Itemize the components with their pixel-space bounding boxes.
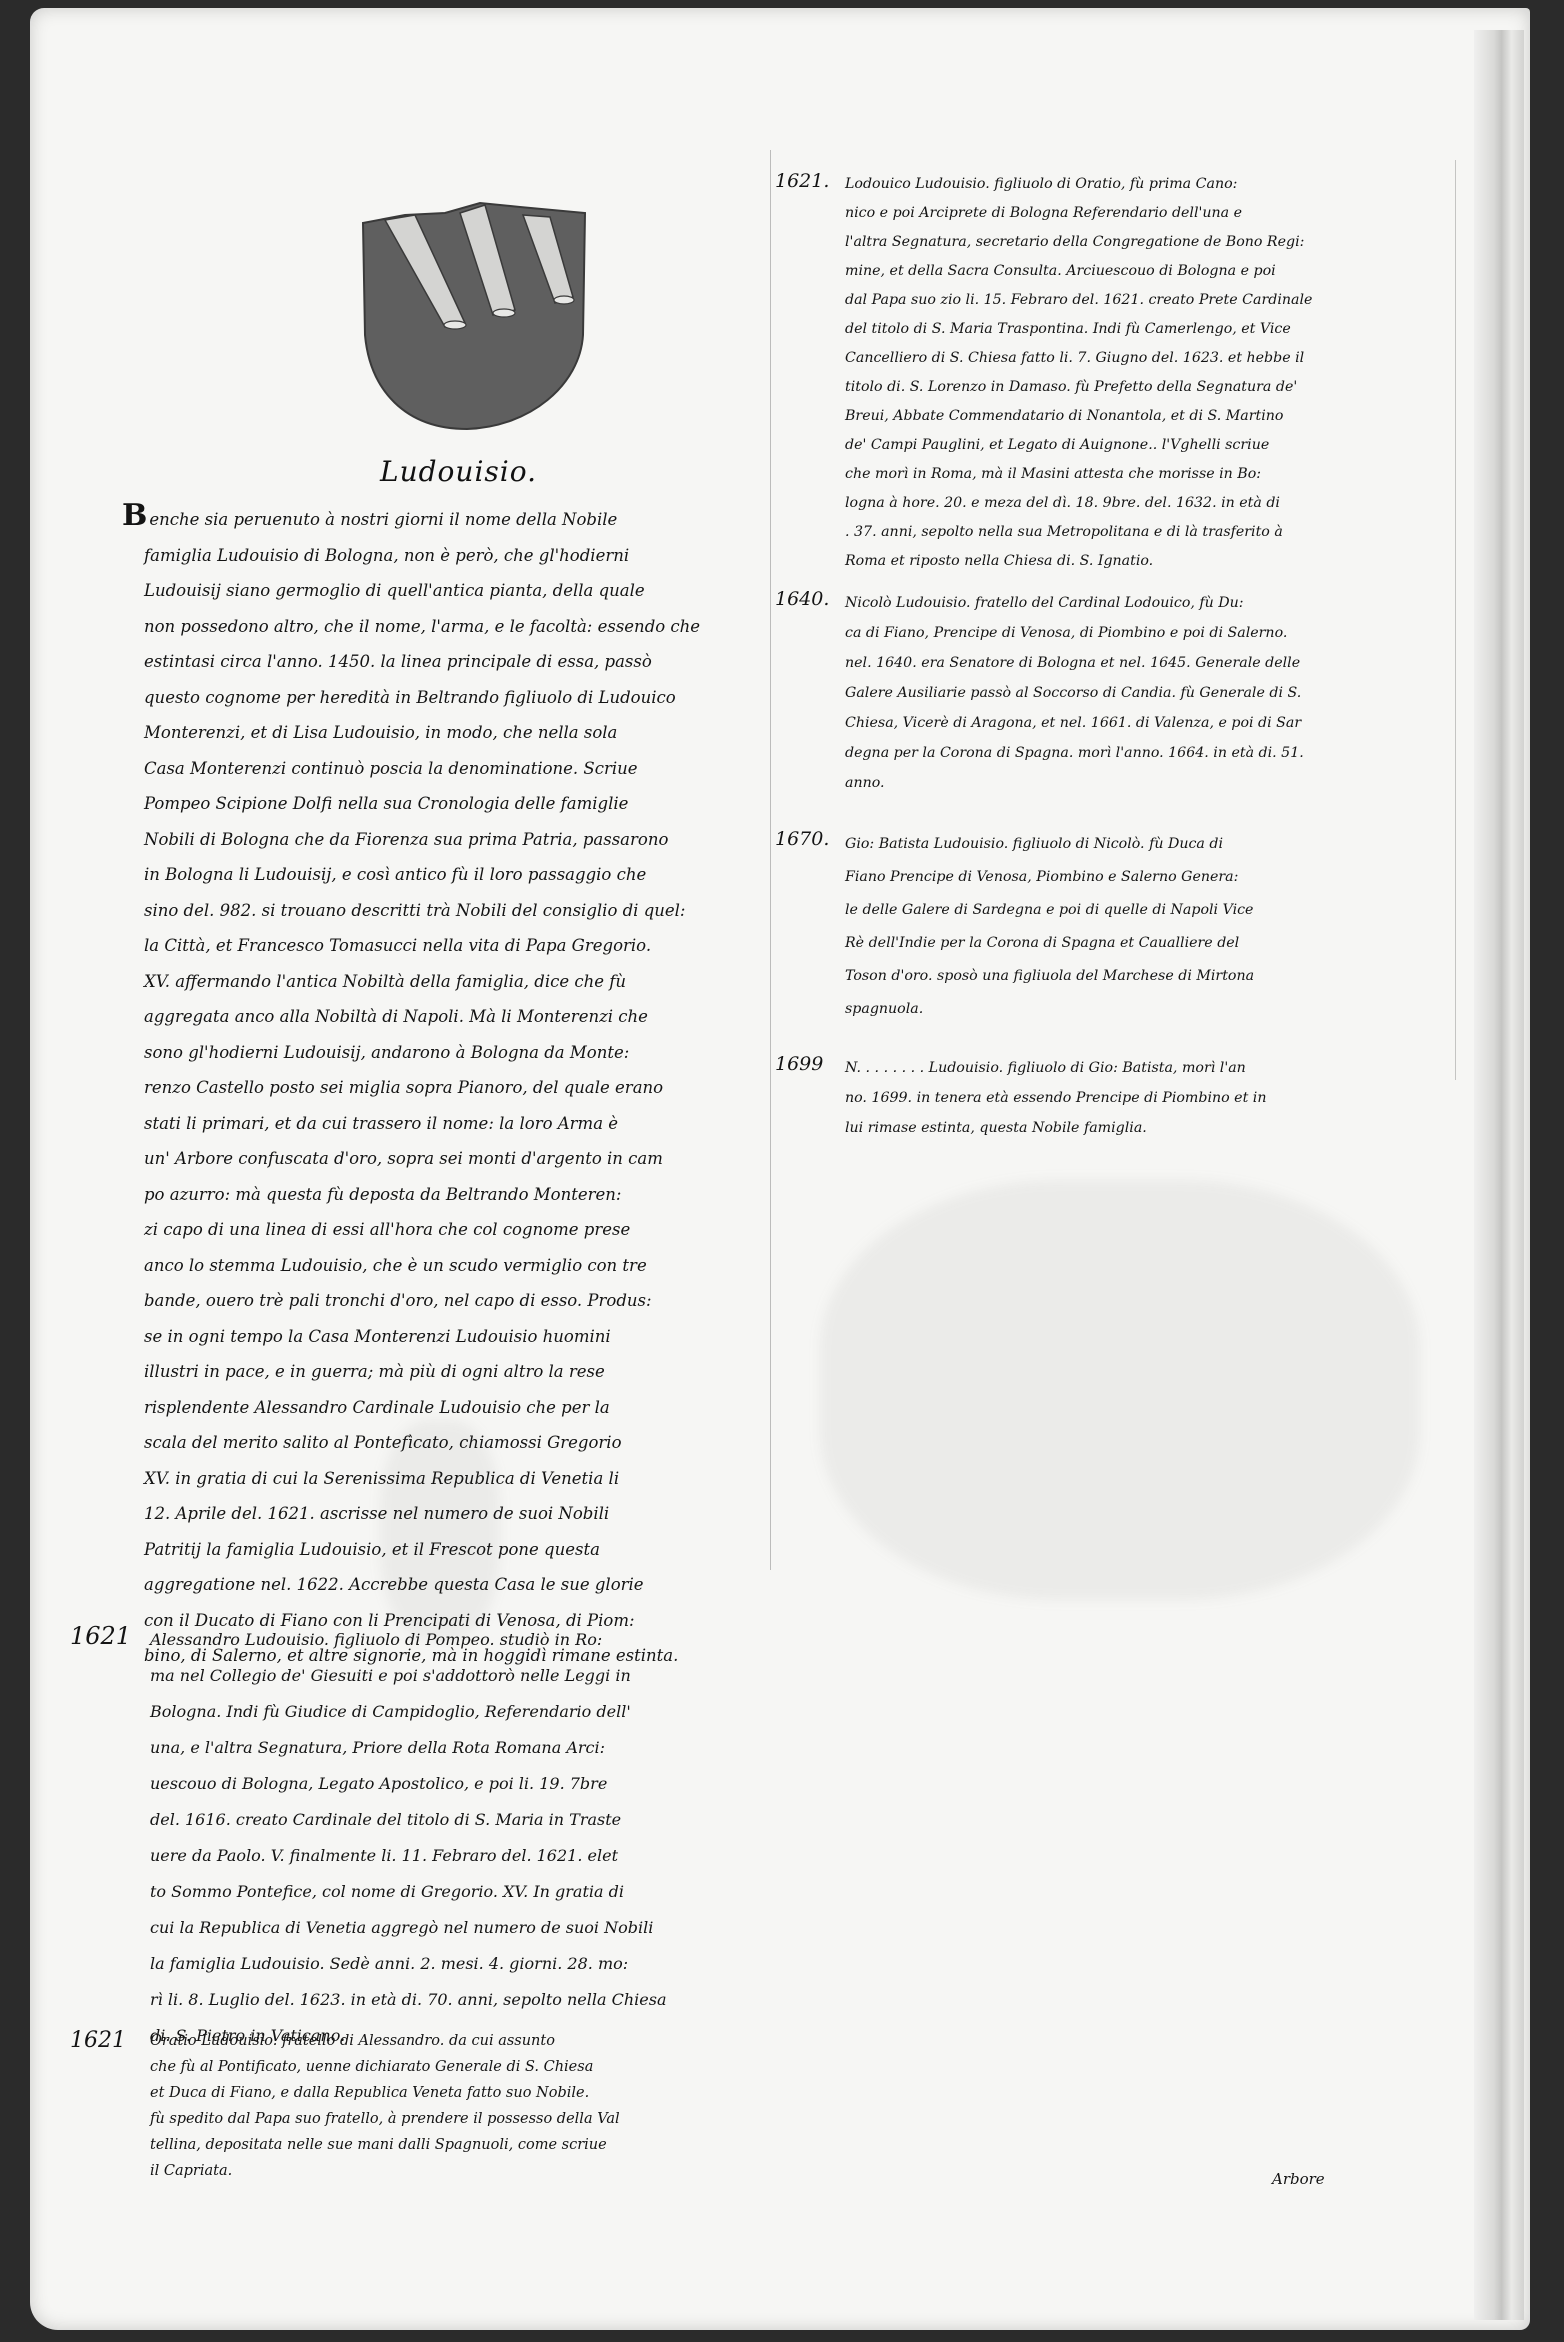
entry-line: Galere Ausiliarie passò al Soccorso di C… [845, 678, 1304, 708]
entry-line: Bologna. Indi fù Giudice di Campidoglio,… [150, 1694, 667, 1730]
entry-line: et Duca di Fiano, e dalla Republica Vene… [150, 2080, 620, 2106]
entry-line: Gio: Batista Ludouisio. figliuolo di Nic… [845, 828, 1254, 861]
entry-line: rì li. 8. Luglio del. 1623. in età di. 7… [150, 1982, 667, 2018]
entry-line: Breui, Abbate Commendatario di Nonantola… [845, 402, 1312, 431]
intro-line: stati li primari, et da cui trassero il … [130, 1106, 770, 1142]
intro-line: anco lo stemma Ludouisio, che è un scudo… [130, 1248, 770, 1284]
ink-bleed-through [820, 1180, 1420, 1600]
intro-line: Ludouisij siano germoglio di quell'antic… [130, 573, 770, 609]
margin-rule [1455, 160, 1456, 1080]
family-title: Ludouisio. [380, 455, 537, 488]
entry-year: 1621. [775, 170, 829, 192]
intro-line: Benche sia peruenuto à nostri giorni il … [130, 498, 770, 538]
intro-line: zi capo di una linea di essi all'hora ch… [130, 1212, 770, 1248]
entry-year: 1621 [70, 1622, 131, 1650]
entry-year: 1640. [775, 588, 829, 610]
entry-line: del. 1616. creato Cardinale del titolo d… [150, 1802, 667, 1838]
entry-line: le delle Galere di Sardegna e poi di que… [845, 894, 1254, 927]
entry-line: mine, et della Sacra Consulta. Arciuesco… [845, 257, 1312, 286]
entry-line: dal Papa suo zio li. 15. Febraro del. 16… [845, 286, 1312, 315]
entry-line: la famiglia Ludouisio. Sedè anni. 2. mes… [150, 1946, 667, 1982]
entry-body: Lodouico Ludouisio. figliuolo di Oratio,… [845, 170, 1312, 576]
entry-line: Oratio Ludouisio. fratello di Alessandro… [150, 2028, 620, 2054]
coat-of-arms-shield [345, 185, 595, 435]
entry-line: che fù al Pontificato, uenne dichiarato … [150, 2054, 620, 2080]
intro-line: famiglia Ludouisio di Bologna, non è per… [130, 538, 770, 574]
entry-line: to Sommo Pontefice, col nome di Gregorio… [150, 1874, 667, 1910]
entry-line: Nicolò Ludouisio. fratello del Cardinal … [845, 588, 1304, 618]
entry-body: N. . . . . . . . Ludouisio. figliuolo di… [845, 1053, 1266, 1143]
entry-line: tellina, depositata nelle sue mani dalli… [150, 2132, 620, 2158]
intro-line: in Bologna li Ludouisij, e così antico f… [130, 857, 770, 893]
entry-line: una, e l'altra Segnatura, Priore della R… [150, 1730, 667, 1766]
entry-line: titolo di. S. Lorenzo in Damaso. fù Pref… [845, 373, 1312, 402]
entry-line: cui la Republica di Venetia aggregò nel … [150, 1910, 667, 1946]
intro-line: un' Arbore confuscata d'oro, sopra sei m… [130, 1141, 770, 1177]
intro-line: XV. in gratia di cui la Serenissima Repu… [130, 1461, 770, 1497]
entry-year: 1670. [775, 828, 829, 850]
catchword: Arbore [1272, 2170, 1325, 2188]
entry-line: ma nel Collegio de' Giesuiti e poi s'add… [150, 1658, 667, 1694]
entry-line: il Capriata. [150, 2158, 620, 2184]
entry-line: Alessandro Ludouisio. figliuolo di Pompe… [150, 1622, 667, 1658]
intro-line: risplendente Alessandro Cardinale Ludoui… [130, 1390, 770, 1426]
intro-line: sino del. 982. si trouano descritti trà … [130, 893, 770, 929]
intro-line: po azurro: mà questa fù deposta da Beltr… [130, 1177, 770, 1213]
drop-cap: B [122, 498, 147, 533]
intro-line: renzo Castello posto sei miglia sopra Pi… [130, 1070, 770, 1106]
intro-line: Casa Monterenzi continuò poscia la denom… [130, 751, 770, 787]
intro-line: la Città, et Francesco Tomasucci nella v… [130, 928, 770, 964]
column-divider [770, 150, 771, 1570]
entry-line: Cancelliero di S. Chiesa fatto li. 7. Gi… [845, 344, 1312, 373]
entry-line: lui rimase estinta, questa Nobile famigl… [845, 1113, 1266, 1143]
entry-year: 1621 [70, 2028, 126, 2053]
entry-line: Chiesa, Vicerè di Aragona, et nel. 1661.… [845, 708, 1304, 738]
page-binding-edge [1474, 30, 1524, 2320]
intro-line: scala del merito salito al Pontefìcato, … [130, 1425, 770, 1461]
entry-line: . 37. anni, sepolto nella sua Metropolit… [845, 518, 1312, 547]
entry-body: Nicolò Ludouisio. fratello del Cardinal … [845, 588, 1304, 798]
entry-line: no. 1699. in tenera età essendo Prencipe… [845, 1083, 1266, 1113]
intro-line: questo cognome per heredità in Beltrando… [130, 680, 770, 716]
intro-line: 12. Aprile del. 1621. ascrisse nel numer… [130, 1496, 770, 1532]
entry-line: Toson d'oro. sposò una figliuola del Mar… [845, 960, 1254, 993]
intro-line: illustri in pace, e in guerra; mà più di… [130, 1354, 770, 1390]
intro-line: XV. affermando l'antica Nobiltà della fa… [130, 964, 770, 1000]
entry-line: del titolo di S. Maria Traspontina. Indi… [845, 315, 1312, 344]
entry-line: de' Campi Pauglini, et Legato di Auignon… [845, 431, 1312, 460]
entry-line: nico e poi Arciprete di Bologna Referend… [845, 199, 1312, 228]
entry-line: che morì in Roma, mà il Masini attesta c… [845, 460, 1312, 489]
intro-line: Pompeo Scipione Dolfi nella sua Cronolog… [130, 786, 770, 822]
entry-year: 1699 [775, 1053, 823, 1075]
entry-line: spagnuola. [845, 993, 1254, 1026]
entry-line: ca di Fiano, Prencipe di Venosa, di Piom… [845, 618, 1304, 648]
entry-line: degna per la Corona di Spagna. morì l'an… [845, 738, 1304, 768]
entry-body: Alessandro Ludouisio. figliuolo di Pompe… [150, 1622, 667, 2054]
entry-line: Rè dell'Indie per la Corona di Spagna et… [845, 927, 1254, 960]
entry-body: Gio: Batista Ludouisio. figliuolo di Nic… [845, 828, 1254, 1026]
entry-line: nel. 1640. era Senatore di Bologna et ne… [845, 648, 1304, 678]
intro-line: Nobili di Bologna che da Fiorenza sua pr… [130, 822, 770, 858]
entry-line: logna à hore. 20. e meza del dì. 18. 9br… [845, 489, 1312, 518]
intro-line: aggregata anco alla Nobiltà di Napoli. M… [130, 999, 770, 1035]
entry-line: uere da Paolo. V. finalmente li. 11. Feb… [150, 1838, 667, 1874]
intro-paragraph: Benche sia peruenuto à nostri giorni il … [130, 498, 770, 1674]
entry-line: anno. [845, 768, 1304, 798]
entry-line: Lodouico Ludouisio. figliuolo di Oratio,… [845, 170, 1312, 199]
intro-line: aggregatione nel. 1622. Accrebbe questa … [130, 1567, 770, 1603]
entry-body: Oratio Ludouisio. fratello di Alessandro… [150, 2028, 620, 2184]
intro-line: Patritij la famiglia Ludouisio, et il Fr… [130, 1532, 770, 1568]
entry-line: l'altra Segnatura, secretario della Cong… [845, 228, 1312, 257]
intro-line: Monterenzi, et di Lisa Ludouisio, in mod… [130, 715, 770, 751]
intro-line: bande, ouero trè pali tronchi d'oro, nel… [130, 1283, 770, 1319]
entry-line: fù spedito dal Papa suo fratello, à pren… [150, 2106, 620, 2132]
intro-line: estintasi circa l'anno. 1450. la linea p… [130, 644, 770, 680]
entry-line: Roma et riposto nella Chiesa di. S. Igna… [845, 547, 1312, 576]
intro-line: se in ogni tempo la Casa Monterenzi Ludo… [130, 1319, 770, 1355]
shield-three-pales-icon [345, 185, 595, 435]
entry-line: Fiano Prencipe di Venosa, Piombino e Sal… [845, 861, 1254, 894]
intro-line: sono gl'hodierni Ludouisij, andarono à B… [130, 1035, 770, 1071]
entry-line: N. . . . . . . . Ludouisio. figliuolo di… [845, 1053, 1266, 1083]
entry-line: uescouo di Bologna, Legato Apostolico, e… [150, 1766, 667, 1802]
intro-line: non possedono altro, che il nome, l'arma… [130, 609, 770, 645]
